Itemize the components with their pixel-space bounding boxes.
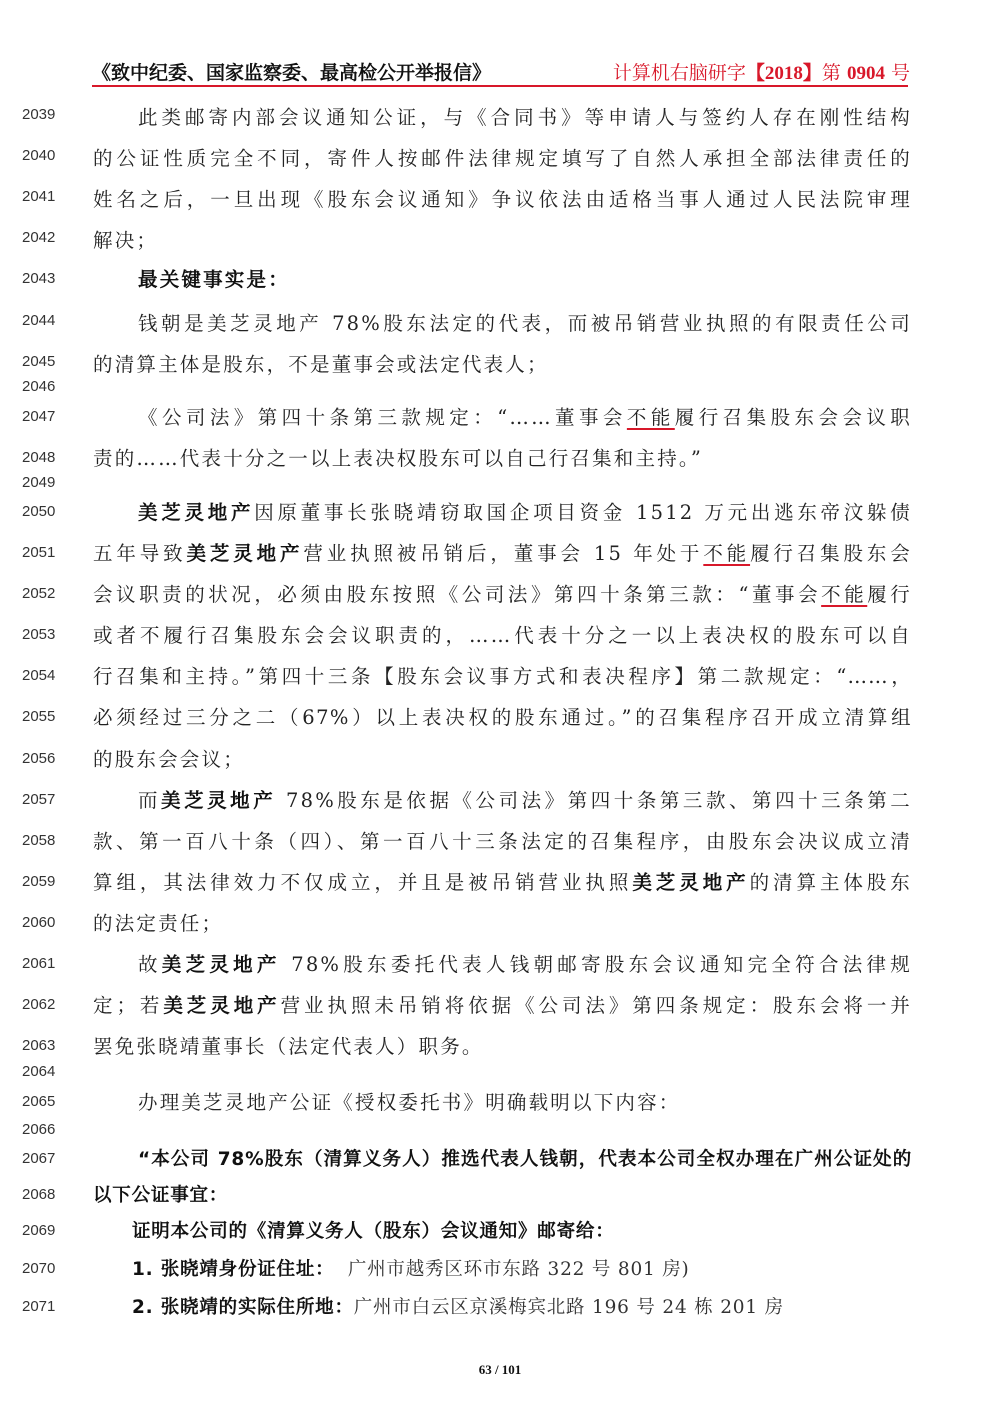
line-number: 2041 [22, 188, 70, 205]
text-line: 2047 《公司法》第四十条第三款规定：“……董事会不能履行召集股东会会议职 [0, 408, 1000, 448]
line-number: 2055 [22, 708, 70, 725]
text-line: 2059 算组，其法律效力不仅成立，并且是被吊销营业执照美芝灵地产的清算主体股东 [0, 873, 1000, 913]
text-line: 2051 五年导致美芝灵地产营业执照被吊销后，董事会 15 年处于不能履行召集股… [0, 544, 1000, 584]
text-segment: 营业执照未吊销将依据《公司法》第四条规定：股东会将一并 [281, 994, 912, 1017]
line-text: 故美芝灵地产 78%股东委托代表人钱朝邮寄股东会议通知完全符合法律规 [138, 949, 912, 977]
line-number: 2040 [22, 147, 70, 164]
line-number: 2061 [22, 955, 70, 972]
line-text: 责的……代表十分之一以上表决权股东可以自己行召集和主持。” [93, 443, 912, 471]
text-segment: 故 [138, 953, 162, 976]
underlined-text: 不能 [627, 406, 675, 429]
line-number: 2058 [22, 832, 70, 849]
line-number: 2060 [22, 914, 70, 931]
company-name: 美芝灵地产 [632, 871, 749, 894]
line-text: 定；若美芝灵地产营业执照未吊销将依据《公司法》第四条规定：股东会将一并 [93, 990, 912, 1018]
text-segment: 《公司法》第四十条第三款规定：“……董事会 [138, 406, 627, 429]
line-text: 办理美芝灵地产公证《授权委托书》明确载明以下内容： [138, 1087, 912, 1115]
text-line: 2056 的股东会会议； [0, 750, 1000, 790]
address-line: 1. 张晓靖身份证住址： 广州市越秀区环市东路 322 号 801 房) [132, 1255, 912, 1281]
text-line: 2044 钱朝是美芝灵地产 78%股东法定的代表，而被吊销营业执照的有限责任公司 [0, 312, 1000, 352]
line-number: 2052 [22, 585, 70, 602]
text-line: 2050 美芝灵地产因原董事长张晓靖窃取国企项目资金 1512 万元出逃东帝汶躲… [0, 503, 1000, 543]
text-line: 2043 最关键事实是： [0, 270, 1000, 310]
text-segment: 履行召集股东会 [750, 542, 912, 565]
line-text: 五年导致美芝灵地产营业执照被吊销后，董事会 15 年处于不能履行召集股东会 [93, 538, 912, 566]
line-text: 姓名之后，一旦出现《股东会议通知》争议依法由适格当事人通过人民法院审理 [93, 184, 912, 212]
line-number: 2051 [22, 544, 70, 561]
section-heading: 最关键事实是： [138, 264, 912, 292]
line-number: 2048 [22, 449, 70, 466]
doc-number-mid: 第 [822, 62, 841, 84]
text-segment: 五年导致 [93, 542, 187, 565]
line-number: 2066 [22, 1121, 70, 1138]
company-name: 美芝灵地产 [163, 994, 280, 1017]
line-number: 2065 [22, 1093, 70, 1110]
line-text: 钱朝是美芝灵地产 78%股东法定的代表，而被吊销营业执照的有限责任公司 [138, 308, 912, 336]
text-segment: 78%股东是依据《公司法》第四十条第三款、第四十三条第二 [276, 789, 912, 812]
line-number: 2062 [22, 996, 70, 1013]
line-text: 证明本公司的《清算义务人（股东）会议通知》邮寄给： [132, 1217, 912, 1243]
text-segment: 算组，其法律效力不仅成立，并且是被吊销营业执照 [93, 871, 632, 894]
text-segment: 78%股东委托代表人钱朝邮寄股东会议通知完全符合法律规 [281, 953, 912, 976]
text-segment: 营业执照被吊销后，董事会 15 年处于 [303, 542, 703, 565]
text-segment: 定；若 [93, 994, 163, 1017]
line-number: 2054 [22, 667, 70, 684]
line-number: 2047 [22, 408, 70, 425]
line-text: 的股东会会议； [93, 744, 912, 772]
line-number: 2046 [22, 378, 70, 395]
address-label: 1. 张晓靖身份证住址： [132, 1259, 334, 1280]
address-label: 2. 张晓靖的实际住所地： [132, 1297, 354, 1318]
line-text: 此类邮寄内部会议通知公证，与《合同书》等申请人与签约人存在刚性结构 [138, 102, 912, 130]
underlined-text: 不能 [821, 583, 867, 606]
text-segment: 而 [138, 789, 161, 812]
text-line: 2057 而美芝灵地产 78%股东是依据《公司法》第四十条第三款、第四十三条第二 [0, 791, 1000, 831]
company-name: 美芝灵地产 [161, 789, 276, 812]
line-text: 的法定责任； [93, 908, 912, 936]
line-text: 以下公证事宜： [93, 1181, 912, 1207]
text-line: 2054 行召集和主持。”第四十三条【股东会议事方式和表决程序】第二款规定：“…… [0, 667, 1000, 707]
line-text: 必须经过三分之二（67%）以上表决权的股东通过。”的召集程序召开成立清算组 [93, 702, 912, 730]
line-text: 美芝灵地产因原董事长张晓靖窃取国企项目资金 1512 万元出逃东帝汶躲债 [138, 497, 912, 525]
doc-number-prefix: 计算机右脑研字 [613, 62, 746, 84]
text-segment: 因原董事长张晓靖窃取国企项目资金 1512 万元出逃东帝汶躲债 [254, 501, 912, 524]
text-segment: 履行召集股东会会议职 [675, 406, 912, 429]
page-header: 《致中纪委、国家监察委、最高检公开举报信》 计算机右脑研字【2018】第 090… [92, 58, 910, 86]
line-text: 会议职责的状况，必须由股东按照《公司法》第四十条第三款：“董事会不能履行 [93, 579, 912, 607]
company-name: 美芝灵地产 [162, 953, 281, 976]
line-number: 2044 [22, 312, 70, 329]
line-number: 2049 [22, 474, 70, 491]
line-number: 2043 [22, 270, 70, 287]
text-line: 2039 此类邮寄内部会议通知公证，与《合同书》等申请人与签约人存在刚性结构 [0, 106, 1000, 146]
line-text: 行召集和主持。”第四十三条【股东会议事方式和表决程序】第二款规定：“……， [93, 661, 912, 689]
underlined-text: 不能 [703, 542, 750, 565]
line-text: 罢免张晓靖董事长（法定代表人）职务。 [93, 1031, 912, 1059]
line-number: 2053 [22, 626, 70, 643]
line-text: 《公司法》第四十条第三款规定：“……董事会不能履行召集股东会会议职 [138, 402, 912, 430]
line-text: 算组，其法律效力不仅成立，并且是被吊销营业执照美芝灵地产的清算主体股东 [93, 867, 912, 895]
document-number: 计算机右脑研字【2018】第 0904 号 [613, 58, 910, 85]
line-text: 款、第一百八十条（四）、第一百八十三条法定的召集程序，由股东会决议成立清 [93, 826, 912, 854]
address-line: 2. 张晓靖的实际住所地：广州市白云区京溪梅宾北路 196 号 24 栋 201… [132, 1293, 912, 1319]
line-text: 解决； [93, 225, 912, 253]
text-line: 2060 的法定责任； [0, 914, 1000, 954]
text-line: 2040 的公证性质完全不同，寄件人按邮件法律规定填写了自然人承担全部法律责任的 [0, 147, 1000, 187]
line-text: 的公证性质完全不同，寄件人按邮件法律规定填写了自然人承担全部法律责任的 [93, 143, 912, 171]
text-line: 2052 会议职责的状况，必须由股东按照《公司法》第四十条第三款：“董事会不能履… [0, 585, 1000, 625]
line-number: 2068 [22, 1186, 70, 1203]
text-line: 2061 故美芝灵地产 78%股东委托代表人钱朝邮寄股东会议通知完全符合法律规 [0, 955, 1000, 995]
line-text: 而美芝灵地产 78%股东是依据《公司法》第四十条第三款、第四十三条第二 [138, 785, 912, 813]
text-line: 2053 或者不履行召集股东会会议职责的，……代表十分之一以上表决权的股东可以自 [0, 626, 1000, 666]
line-number: 2064 [22, 1063, 70, 1080]
quoted-authorization: “本公司 78%股东（清算义务人）推选代表人钱朝，代表本公司全权办理在广州公证处… [138, 1145, 912, 1171]
text-segment: 会议职责的状况，必须由股东按照《公司法》第四十条第三款：“董事会 [93, 583, 821, 606]
line-number: 2045 [22, 353, 70, 370]
address-value: 广州市白云区京溪梅宾北路 196 号 24 栋 201 房 [354, 1297, 784, 1318]
text-line: 2041 姓名之后，一旦出现《股东会议通知》争议依法由适格当事人通过人民法院审理 [0, 188, 1000, 228]
line-number: 2059 [22, 873, 70, 890]
line-number: 2057 [22, 791, 70, 808]
line-number: 2070 [22, 1260, 70, 1277]
header-divider [92, 85, 908, 87]
doc-number-value: 0904 [847, 63, 885, 84]
text-segment: 履行 [867, 583, 912, 606]
line-number: 2069 [22, 1222, 70, 1239]
text-line: 2058 款、第一百八十条（四）、第一百八十三条法定的召集程序，由股东会决议成立… [0, 832, 1000, 872]
page-number: 63 / 101 [0, 1362, 1000, 1378]
address-item: 2071 2. 张晓靖的实际住所地：广州市白云区京溪梅宾北路 196 号 24 … [0, 1298, 1000, 1338]
line-number: 2056 [22, 750, 70, 767]
line-number: 2039 [22, 106, 70, 123]
line-text: 的清算主体是股东，不是董事会或法定代表人； [93, 349, 912, 377]
text-segment: 的清算主体股东 [750, 871, 912, 894]
doc-number-year: 【2018】 [746, 63, 822, 84]
company-name: 美芝灵地产 [187, 542, 304, 565]
line-number: 2050 [22, 503, 70, 520]
line-number: 2067 [22, 1150, 70, 1167]
text-line: 2062 定；若美芝灵地产营业执照未吊销将依据《公司法》第四条规定：股东会将一并 [0, 996, 1000, 1036]
doc-number-suffix: 号 [891, 62, 910, 84]
company-name: 美芝灵地产 [138, 501, 254, 524]
line-number: 2071 [22, 1298, 70, 1315]
address-value: 广州市越秀区环市东路 322 号 801 房) [334, 1259, 689, 1280]
line-text: 或者不履行召集股东会会议职责的，……代表十分之一以上表决权的股东可以自 [93, 620, 912, 648]
line-number: 2063 [22, 1037, 70, 1054]
line-number: 2042 [22, 229, 70, 246]
text-line: 2055 必须经过三分之二（67%）以上表决权的股东通过。”的召集程序召开成立清… [0, 708, 1000, 748]
text-line: 2042 解决； [0, 229, 1000, 269]
document-title: 《致中纪委、国家监察委、最高检公开举报信》 [92, 58, 491, 85]
